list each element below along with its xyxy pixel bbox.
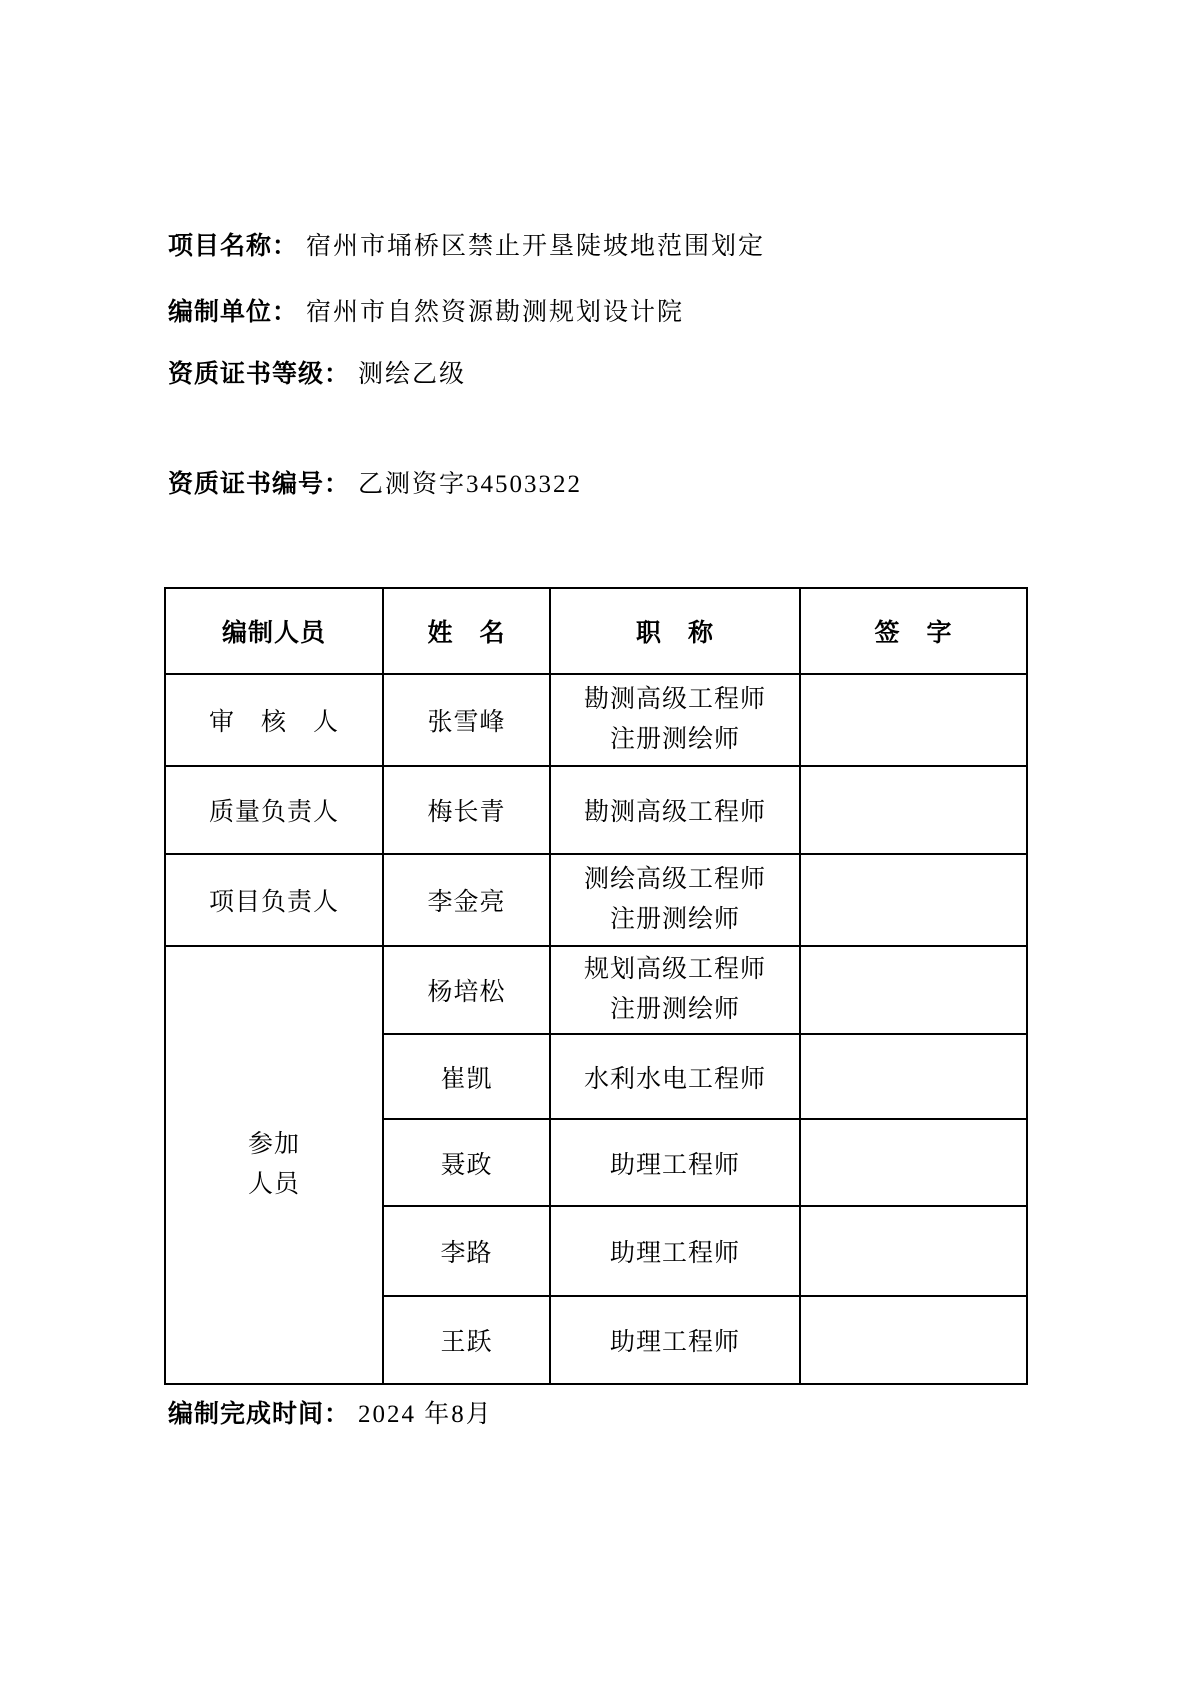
header-signature: 签 字: [800, 588, 1027, 674]
header-personnel: 编制人员: [165, 588, 383, 674]
personnel-table: 编制人员 姓 名 职 称 签 字 审 核 人 张雪峰 勘测高级工程师 注册测绘师…: [164, 587, 1028, 1385]
name-cell: 王跃: [383, 1296, 550, 1384]
completion-date-value: 2024 年8月: [358, 1401, 493, 1428]
name-cell: 李路: [383, 1206, 550, 1296]
title-cell: 水利水电工程师: [550, 1034, 800, 1119]
role-cell: 审 核 人: [165, 674, 383, 766]
title-line: 规划高级工程师: [551, 950, 799, 990]
name-cell: 杨培松: [383, 946, 550, 1034]
compiling-unit-line: 编制单位：宿州市自然资源勘测规划设计院: [168, 296, 684, 329]
document-page: 项目名称：宿州市埇桥区禁止开垦陡坡地范围划定 编制单位：宿州市自然资源勘测规划设…: [0, 0, 1192, 1683]
name-cell: 李金亮: [383, 854, 550, 946]
project-name-line: 项目名称：宿州市埇桥区禁止开垦陡坡地范围划定: [168, 230, 765, 263]
title-line: 注册测绘师: [551, 720, 799, 760]
title-cell: 勘测高级工程师: [550, 766, 800, 854]
project-name-value: 宿州市埇桥区禁止开垦陡坡地范围划定: [306, 233, 765, 260]
signature-cell: [800, 1119, 1027, 1206]
header-title: 职 称: [550, 588, 800, 674]
title-cell: 助理工程师: [550, 1296, 800, 1384]
certificate-grade-line: 资质证书等级：测绘乙级: [168, 358, 466, 391]
name-cell: 张雪峰: [383, 674, 550, 766]
project-name-label: 项目名称：: [168, 232, 298, 260]
signature-cell: [800, 854, 1027, 946]
table-row: 质量负责人 梅长青 勘测高级工程师: [165, 766, 1027, 854]
title-cell: 勘测高级工程师 注册测绘师: [550, 674, 800, 766]
title-cell: 助理工程师: [550, 1206, 800, 1296]
title-cell: 规划高级工程师 注册测绘师: [550, 946, 800, 1034]
completion-date-label: 编制完成时间：: [168, 1400, 350, 1428]
compiling-unit-label: 编制单位：: [168, 298, 298, 326]
title-line: 注册测绘师: [551, 990, 799, 1030]
signature-cell: [800, 1034, 1027, 1119]
signature-cell: [800, 946, 1027, 1034]
compiling-unit-value: 宿州市自然资源勘测规划设计院: [306, 299, 684, 326]
signature-cell: [800, 1296, 1027, 1384]
title-line: 勘测高级工程师: [551, 680, 799, 720]
signature-cell: [800, 1206, 1027, 1296]
table-row: 审 核 人 张雪峰 勘测高级工程师 注册测绘师: [165, 674, 1027, 766]
table-row: 参加 人员 杨培松 规划高级工程师 注册测绘师: [165, 946, 1027, 1034]
name-cell: 聂政: [383, 1119, 550, 1206]
certificate-grade-value: 测绘乙级: [358, 361, 466, 388]
certificate-number-value: 乙测资字34503322: [358, 471, 582, 498]
signature-cell: [800, 674, 1027, 766]
signature-cell: [800, 766, 1027, 854]
name-cell: 梅长青: [383, 766, 550, 854]
group-role-line: 人员: [166, 1165, 382, 1205]
certificate-grade-label: 资质证书等级：: [168, 360, 350, 388]
title-line: 注册测绘师: [551, 900, 799, 940]
group-role-cell: 参加 人员: [165, 946, 383, 1384]
certificate-number-line: 资质证书编号：乙测资字34503322: [168, 468, 582, 501]
title-line: 测绘高级工程师: [551, 860, 799, 900]
role-cell: 质量负责人: [165, 766, 383, 854]
table-row: 项目负责人 李金亮 测绘高级工程师 注册测绘师: [165, 854, 1027, 946]
certificate-number-label: 资质证书编号：: [168, 470, 350, 498]
title-cell: 助理工程师: [550, 1119, 800, 1206]
table-header-row: 编制人员 姓 名 职 称 签 字: [165, 588, 1027, 674]
role-cell: 项目负责人: [165, 854, 383, 946]
completion-date-line: 编制完成时间：2024 年8月: [168, 1398, 493, 1431]
header-name: 姓 名: [383, 588, 550, 674]
title-cell: 测绘高级工程师 注册测绘师: [550, 854, 800, 946]
name-cell: 崔凯: [383, 1034, 550, 1119]
group-role-line: 参加: [166, 1125, 382, 1165]
